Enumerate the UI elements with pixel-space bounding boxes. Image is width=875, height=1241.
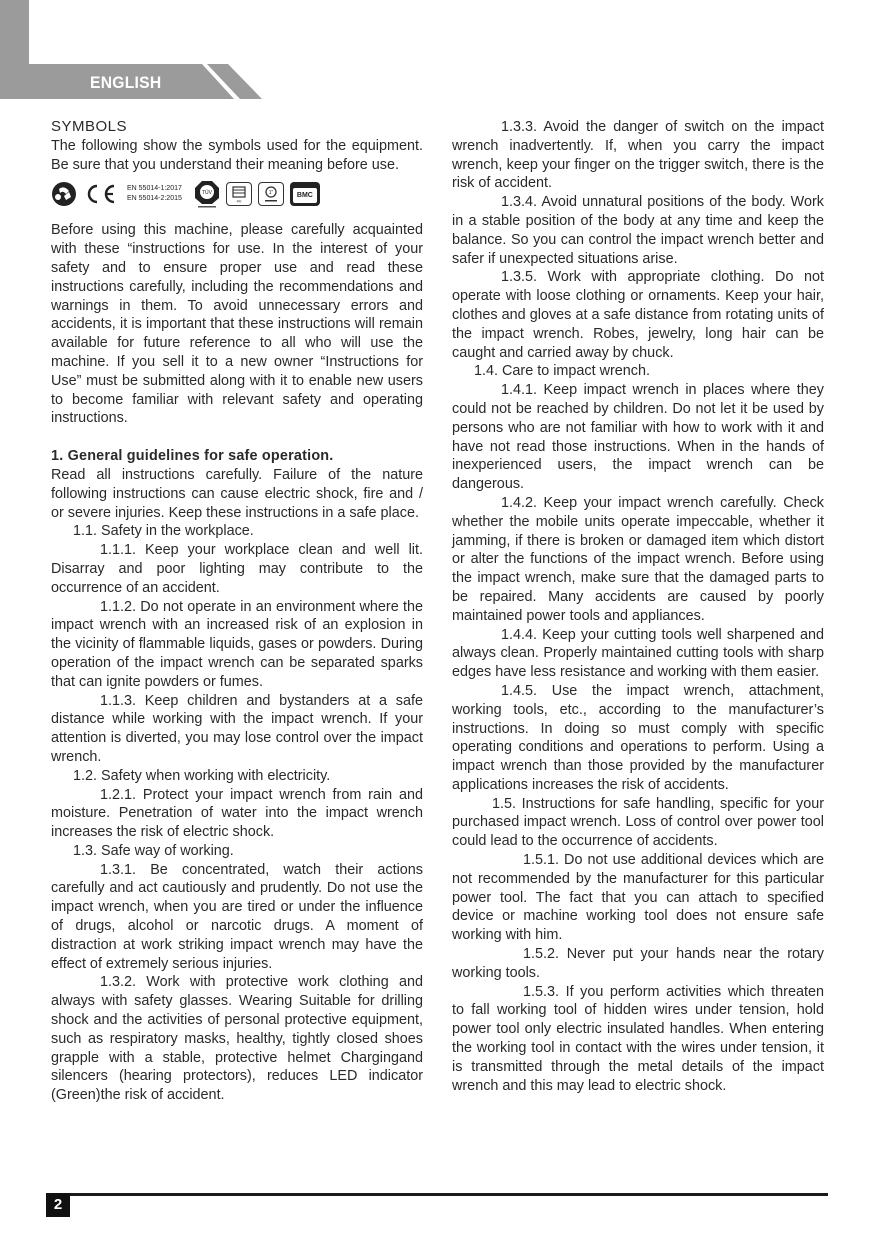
section-1-4-2: 1.4.2. Keep your impact wrench carefully…: [452, 494, 824, 626]
section-1-2-1: 1.2.1. Protect your impact wrench from r…: [51, 786, 423, 842]
section-1-5-2: 1.5.2. Never put your hands near the rot…: [452, 945, 824, 983]
right-column: 1.3.3. Avoid the danger of switch on the…: [452, 118, 824, 1095]
section-1-4-heading: 1.4. Care to impact wrench.: [452, 362, 824, 381]
section-1-1-1: 1.1.1. Keep your workplace clean and wel…: [51, 541, 423, 597]
ce-mark-icon: [83, 183, 117, 205]
symbols-intro: The following show the symbols used for …: [51, 137, 423, 175]
section-1-4-5: 1.4.5. Use the impact wrench, attachment…: [452, 682, 824, 795]
en-standards: EN 55014-1:2017 EN 55014-2:2015: [127, 184, 182, 204]
bmc-case-icon: BMC: [290, 182, 320, 206]
tuv-icon: TÜV: [194, 180, 220, 208]
section-1-3-heading: 1.3. Safe way of working.: [51, 842, 423, 861]
section-1-3-2: 1.3.2. Work with protective work clothin…: [51, 973, 423, 1105]
svg-text:1": 1": [269, 190, 274, 196]
section-1-5-1: 1.5.1. Do not use additional devices whi…: [452, 851, 824, 945]
section-1-2-heading: 1.2. Safety when working with electricit…: [51, 767, 423, 786]
left-column: SYMBOLS The following show the symbols u…: [51, 118, 423, 1105]
svg-text:4V: 4V: [236, 199, 241, 204]
section-1-body: Read all instructions carefully. Failure…: [51, 466, 423, 522]
section-1-3-1: 1.3.1. Be concentrated, watch their acti…: [51, 861, 423, 974]
section-1-5: 1.5. Instructions for safe handling, spe…: [452, 795, 824, 851]
section-1-heading: 1. General guidelines for safe operation…: [51, 447, 423, 466]
section-1-5-3: 1.5.3. If you perform activities which t…: [452, 983, 824, 1096]
svg-text:TÜV: TÜV: [202, 189, 213, 196]
en-standard-2: EN 55014-2:2015: [127, 195, 182, 202]
section-1-1-heading: 1.1. Safety in the workplace.: [51, 522, 423, 541]
bmc-label: BMC: [293, 188, 317, 203]
recycle-hands-icon: [51, 181, 77, 207]
section-1-1-2: 1.1.2. Do not operate in an environment …: [51, 598, 423, 692]
symbols-row: EN 55014-1:2017 EN 55014-2:2015 TÜV 4V 1…: [51, 179, 423, 209]
en-standard-1: EN 55014-1:2017: [127, 185, 182, 192]
language-label: ENGLISH: [90, 73, 161, 93]
section-1-1-3: 1.1.3. Keep children and bystanders at a…: [51, 692, 423, 767]
intro-paragraph: Before using this machine, please carefu…: [51, 221, 423, 428]
section-1-3-3: 1.3.3. Avoid the danger of switch on the…: [452, 118, 824, 193]
page-number: 2: [46, 1193, 70, 1217]
battery-voltage-icon: 4V: [226, 182, 252, 206]
section-1-3-4: 1.3.4. Avoid unnatural positions of the …: [452, 193, 824, 268]
section-1-4-4: 1.4.4. Keep your cutting tools well shar…: [452, 626, 824, 682]
symbols-title: SYMBOLS: [51, 118, 423, 137]
section-1-4-1: 1.4.1. Keep impact wrench in places wher…: [452, 381, 824, 494]
torque-icon: 1": [258, 182, 284, 206]
footer-rule: [70, 1193, 828, 1196]
section-1-3-5: 1.3.5. Work with appropriate clothing. D…: [452, 268, 824, 362]
